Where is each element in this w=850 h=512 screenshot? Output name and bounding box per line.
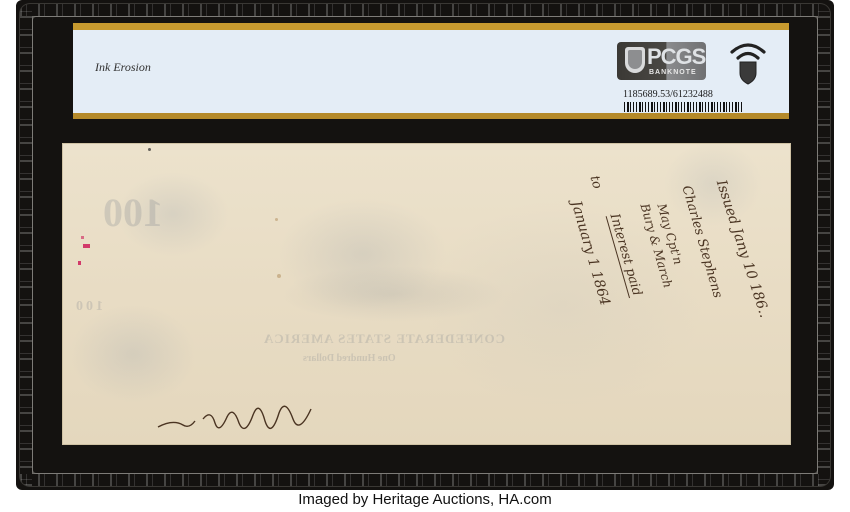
- foxing-spot: [148, 148, 151, 151]
- nfc-shield-icon: [728, 40, 768, 85]
- image-credit: Imaged by Heritage Auctions, HA.com: [0, 491, 850, 508]
- ghost-denomination-side: 100: [73, 299, 103, 315]
- stamp-mark: [78, 261, 81, 265]
- handwriting-line: Issued Jany 10 186..: [713, 178, 773, 320]
- handwriting-line: to: [587, 174, 605, 191]
- label-comment: Ink Erosion: [95, 60, 151, 75]
- shield-icon: [625, 47, 645, 73]
- cert-number: 1185689.53/61232488: [623, 89, 713, 100]
- ghost-subtitle: One Hundred Dollars: [303, 353, 396, 364]
- signature: [153, 379, 333, 449]
- pcgs-logo-subtext: BANKNOTE: [649, 69, 697, 76]
- stamp-mark: [83, 244, 90, 248]
- handwriting-line: Interest paid: [606, 212, 645, 298]
- barcode: [624, 102, 744, 112]
- banknote: 100 100 CONFEDERATE STATES AMERICA One H…: [63, 144, 790, 444]
- ghost-title: CONFEDERATE STATES AMERICA: [263, 331, 505, 347]
- foxing-spot: [275, 218, 278, 221]
- ghost-denomination-top: 100: [103, 189, 163, 236]
- pcgs-logo: PCGS BANKNOTE: [617, 42, 706, 80]
- grading-label: Ink Erosion PCGS BANKNOTE 1185689.53/612…: [73, 23, 789, 119]
- stamp-mark: [81, 236, 84, 239]
- pcgs-logo-text: PCGS: [647, 44, 705, 70]
- foxing-spot: [277, 274, 281, 278]
